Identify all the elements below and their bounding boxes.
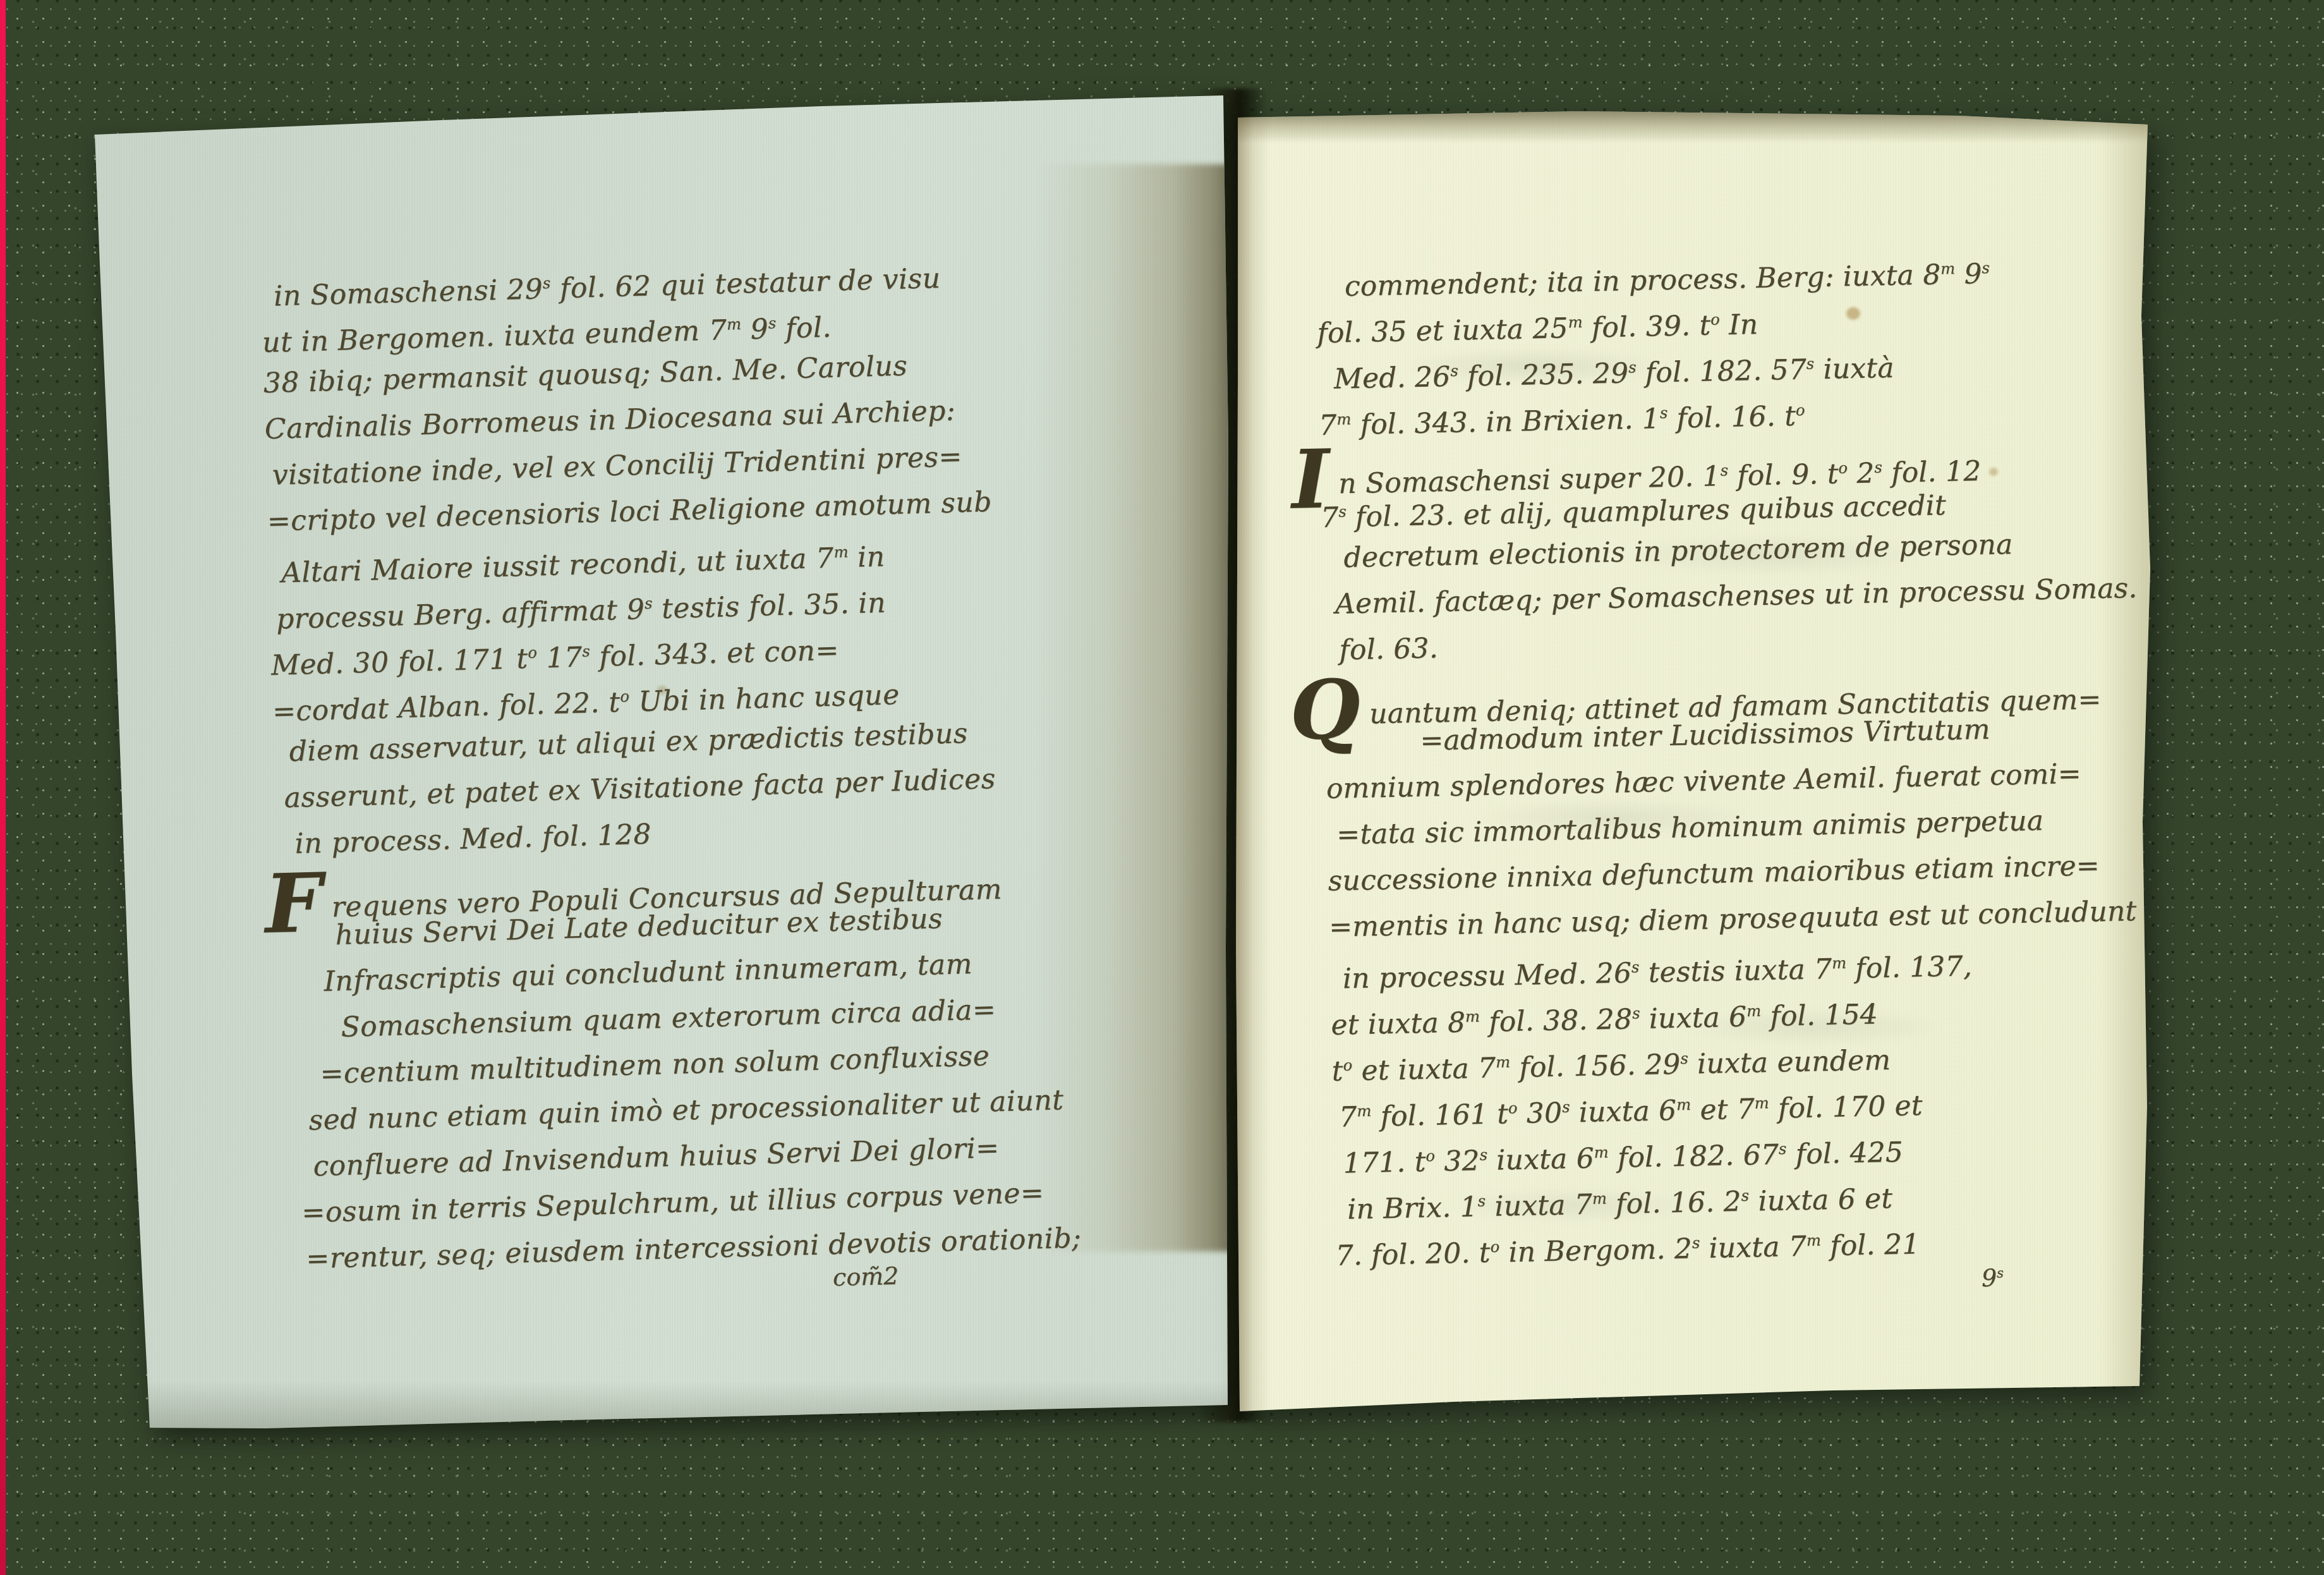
right-page-top-edge-stain xyxy=(1232,106,2155,143)
manuscript-photo: { "palette": { "backdrop_green": "#35452… xyxy=(0,0,2324,1575)
right-page: commendent; ita in process. Berg: iuxta … xyxy=(0,0,2324,1575)
manuscript-line-text: fol. 63. xyxy=(1339,632,1438,666)
drop-cap-initial: I xyxy=(1291,432,1331,528)
manuscript-line-text: =mentis in hanc usq; diem prosequuta est… xyxy=(1329,895,2137,944)
manuscript-line-text: =tata sic immortalibus hominum animis pe… xyxy=(1336,805,2044,851)
right-page-gutter-shade xyxy=(1233,106,1270,1414)
right-page-text: commendent; ita in process. Berg: iuxta … xyxy=(1316,242,2151,1274)
manuscript-line-text: omnium splendores hæc vivente Aemil. fue… xyxy=(1326,758,2081,805)
manuscript-line-text: successione innixa defunctum maioribus e… xyxy=(1328,849,2100,897)
drop-cap-initial: Q xyxy=(1289,662,1362,758)
manuscript-line-text: decretum electionis in protectorem de pe… xyxy=(1343,528,2013,574)
right-page-catchword: 9s xyxy=(1982,1264,2004,1292)
right-page-paper: commendent; ita in process. Berg: iuxta … xyxy=(0,0,2324,1575)
manuscript-line-text: =admodum inter Lucidissimos Virtutum xyxy=(1420,714,1990,757)
manuscript-line-text: Aemil. factæq; per Somaschenses ut in pr… xyxy=(1334,572,2138,620)
